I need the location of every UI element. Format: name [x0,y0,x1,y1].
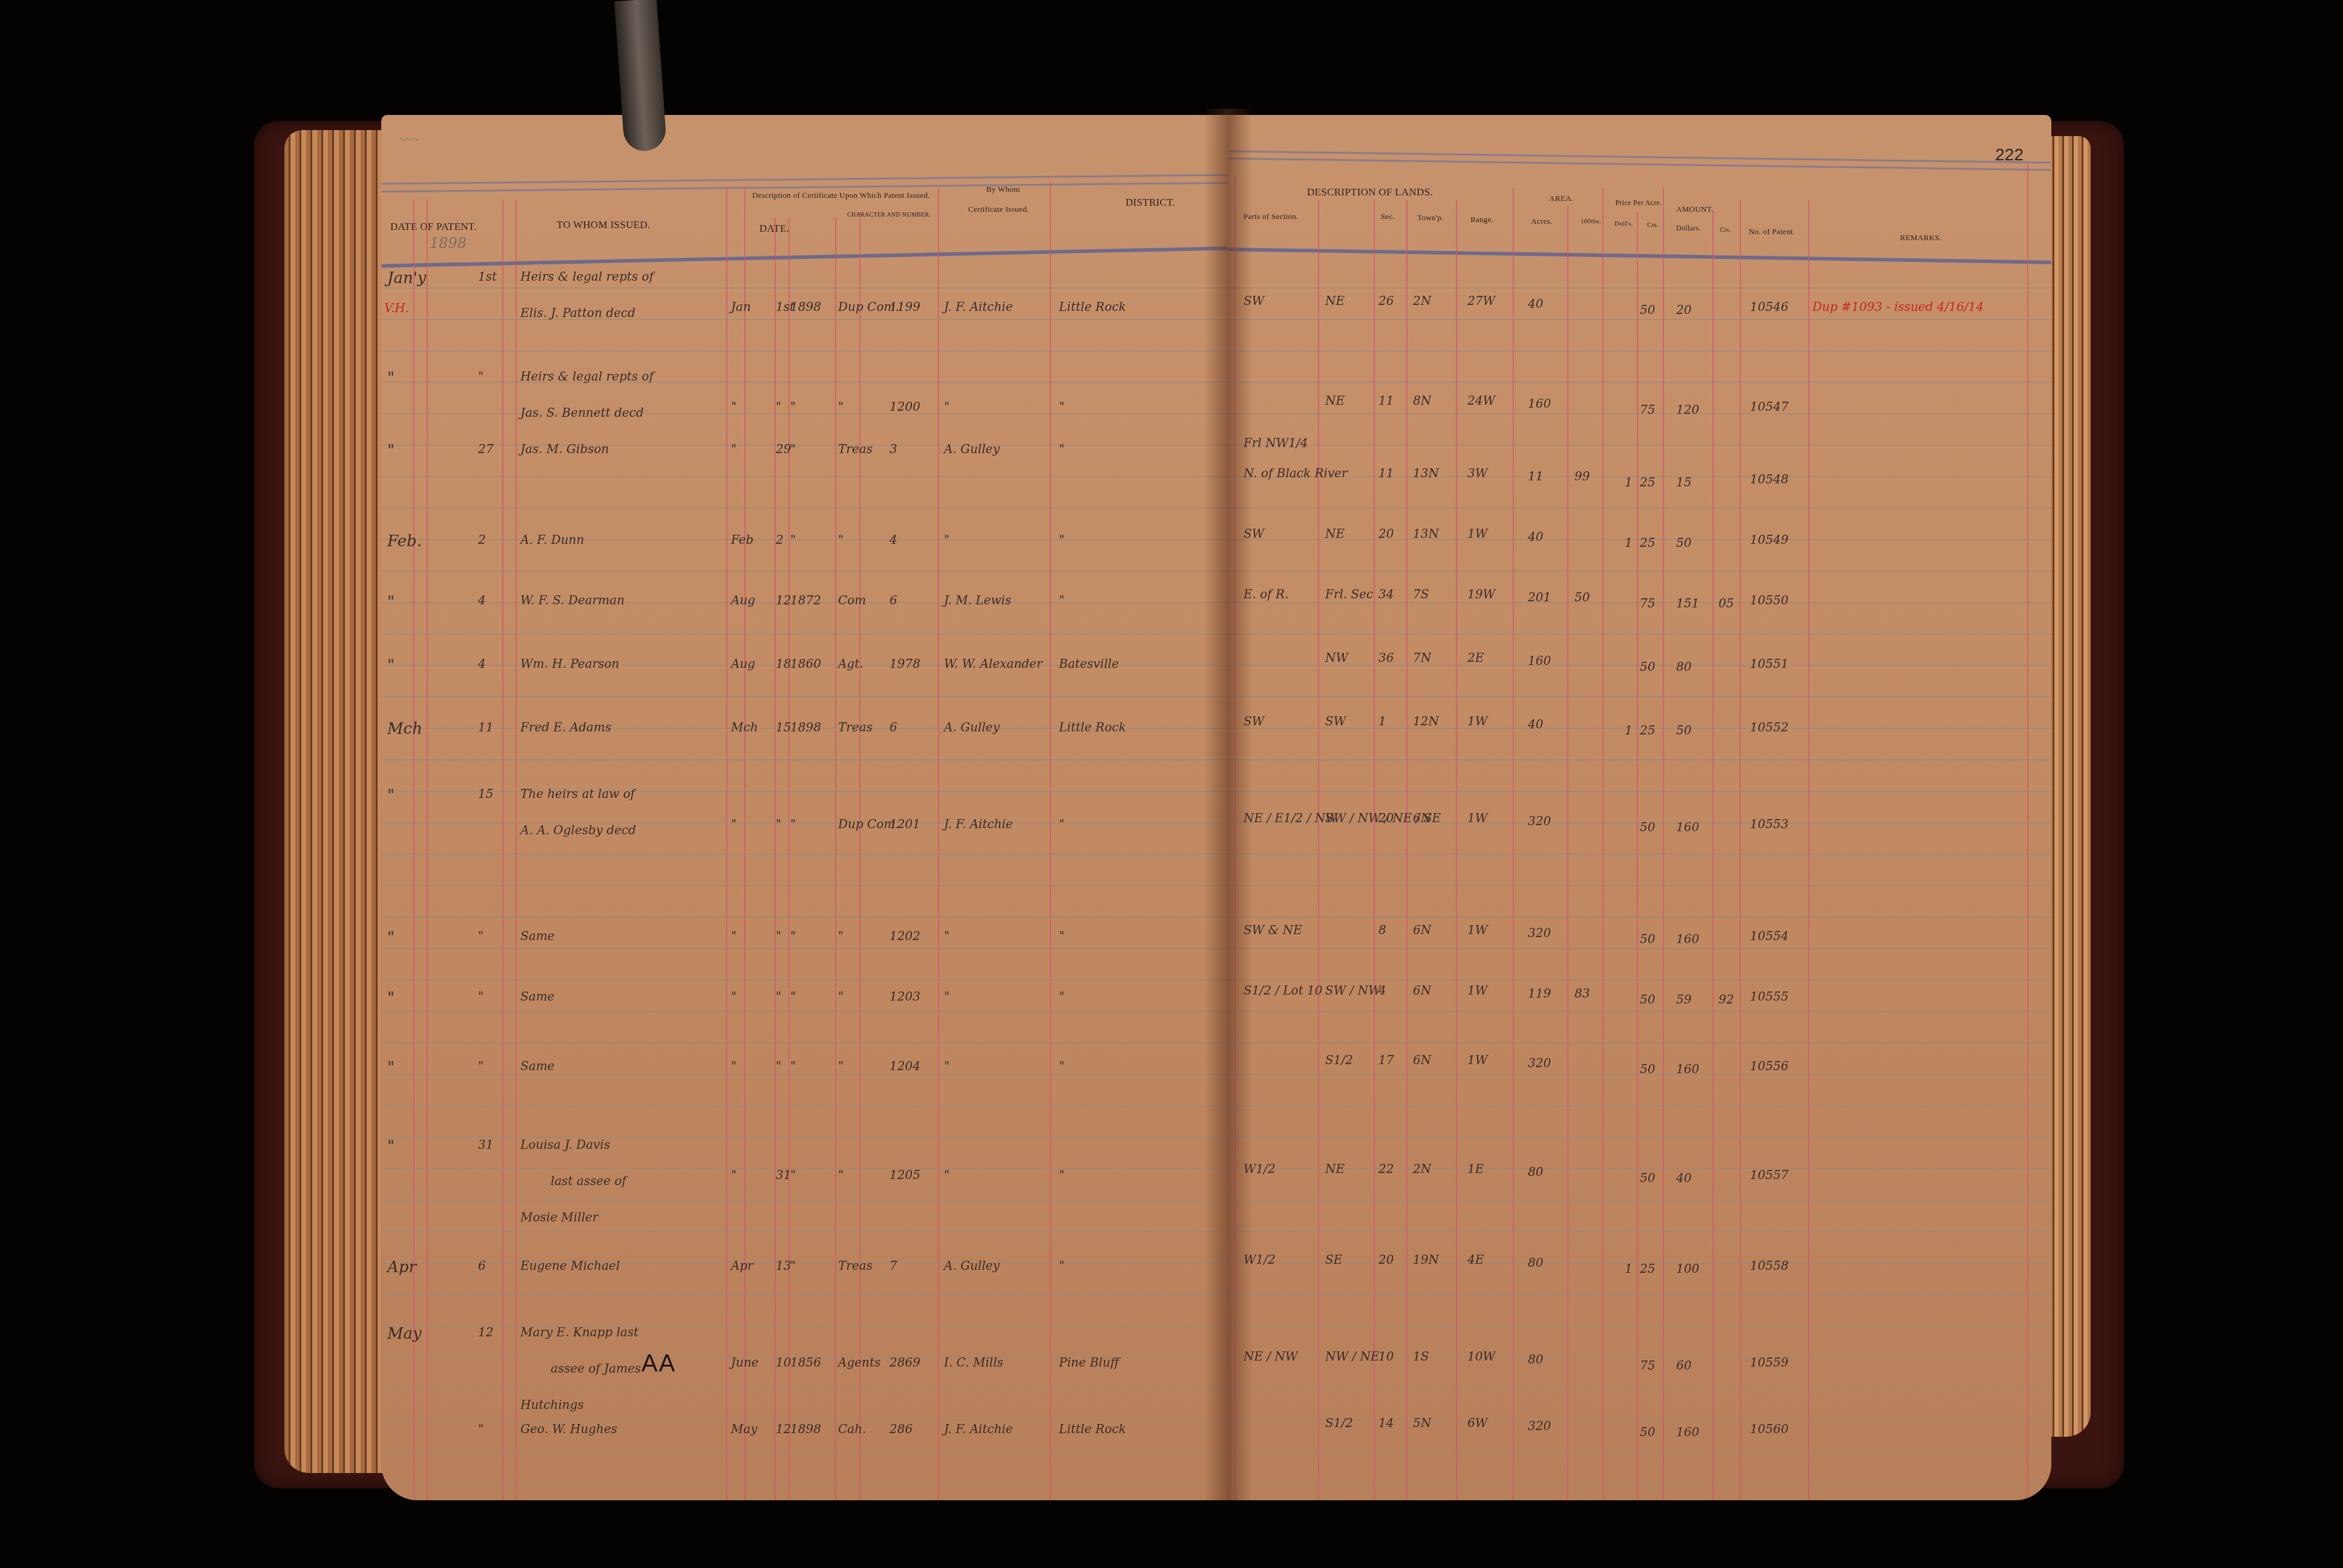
header-district: DISTRICT. [1126,197,1175,209]
issued-to-line: last assee of [551,1174,626,1188]
part-of-section-2: NW / NE [1325,1349,1380,1364]
cert-number: 1202 [890,929,920,943]
ruled-line [1228,1231,2051,1232]
cert-day: 31 [776,1168,791,1182]
ruled-line [381,1137,1228,1138]
right-page: 222 DESCRIPTION OF LANDS. Parts of Secti… [1228,115,2051,1500]
section: 26 [1378,293,1394,308]
price-cents: 50 [1640,302,1655,317]
issued-by: A. Gulley [944,442,1000,456]
header-dollars: Dollars. [1676,224,1701,233]
patent-day: 2 [478,532,486,547]
col-line [1602,188,1604,1500]
header-100ths: 100ths. [1581,218,1601,225]
cert-month: " [731,817,736,831]
acres-hundredths: 83 [1575,986,1590,1001]
ruled-line [381,1200,1228,1201]
ruled-line [1228,979,2051,981]
part-of-section-2: SW / NW [1325,983,1381,998]
ruled-line [1228,445,2051,446]
header-township: Town'p. [1417,213,1444,223]
amount-dollars: 20 [1676,302,1691,317]
cert-month: " [731,442,736,456]
patent-day: " [478,929,483,943]
range: 24W [1467,393,1495,408]
issued-by: " [944,989,949,1004]
ruled-line [1228,759,2051,760]
part-of-section-1: NE / E1/2 / NW [1244,811,1338,825]
amount-dollars: 59 [1676,992,1691,1007]
township: 12N [1413,714,1439,728]
col-line [835,218,836,1500]
cert-character: Agents [838,1355,880,1370]
cert-number: 4 [890,532,897,547]
range: 1E [1467,1161,1484,1176]
ruled-line [1228,948,2051,949]
cert-month: " [731,929,736,943]
ruled-line [381,1011,1228,1012]
cert-year: " [790,929,796,943]
ruled-line [381,1074,1228,1075]
ruled-line [381,822,1228,823]
ruled-line [381,791,1228,792]
patent-number: 10558 [1750,1258,1789,1273]
district: " [1059,1059,1064,1073]
patent-month: " [387,989,395,1007]
patent-month: " [387,442,395,460]
col-line [1567,206,1568,1500]
cert-year: 1898 [790,720,821,734]
patent-month: Apr [387,1258,416,1276]
header-acres: Acres. [1531,217,1552,226]
cert-number: 1199 [890,299,920,314]
cert-day: 10 [776,1355,791,1370]
acres: 320 [1528,1419,1551,1433]
cert-character: " [838,929,844,943]
patent-day: 31 [478,1137,493,1152]
issued-to-line: Same [520,929,554,943]
amount-dollars: 160 [1676,1425,1699,1439]
district: Pine Bluff [1059,1355,1119,1370]
header-bottom-rule [1228,247,2051,264]
price-cents: 50 [1640,1062,1655,1076]
patent-day: 1st [478,269,497,284]
issued-to-line: Heirs & legal repts of [520,269,654,284]
price-dollars: 1 [1625,475,1633,489]
section: 34 [1378,587,1394,601]
cert-character: Com [838,593,866,607]
ruled-line [381,1231,1228,1232]
cert-character: " [838,399,844,414]
header-to-whom-issued: TO WHOM ISSUED. [557,219,650,231]
section: 4 [1378,983,1386,998]
cert-day: 12 [776,593,791,607]
cert-month: Aug [731,593,755,607]
cert-month: " [731,399,736,414]
amount-dollars: 50 [1676,723,1691,737]
district: Little Rock [1059,720,1126,734]
ruled-line [1228,1137,2051,1138]
price-cents: 50 [1640,659,1655,674]
cert-day: " [776,1059,781,1073]
ruled-line [381,382,1228,383]
part-of-section-2: NW [1325,650,1348,665]
acres: 11 [1528,469,1543,483]
section: 22 [1378,1161,1394,1176]
district: " [1059,929,1064,943]
cert-month: Feb [731,532,753,547]
cert-day: 13 [776,1258,791,1273]
issued-to-line: Same [520,1059,554,1073]
district: Little Rock [1059,1422,1126,1436]
patent-number: 10548 [1750,472,1789,486]
price-cents: 50 [1640,1171,1655,1185]
ruled-line [381,1325,1228,1327]
ruled-line [381,1483,1228,1484]
ruled-line [381,1420,1228,1421]
patent-day: 11 [478,720,493,734]
issued-to-line: Wm. H. Pearson [520,656,619,671]
cert-year: " [790,1258,796,1273]
ruled-line [381,979,1228,981]
issued-to-line: Jas. S. Bennett decd [520,405,644,420]
range: 1W [1467,811,1487,825]
patent-month: " [387,369,395,387]
ruled-line [381,1168,1228,1169]
header-remarks: REMARKS. [1900,233,1942,243]
range: 1W [1467,1053,1487,1067]
district: " [1059,442,1064,456]
range: 1W [1467,923,1487,937]
col-line [1050,181,1051,1500]
amount-dollars: 100 [1676,1261,1699,1276]
issued-by: J. M. Lewis [944,593,1011,607]
cert-character: Agt. [838,656,863,671]
patent-number: 10547 [1750,399,1789,414]
issued-to-line: Geo. W. Hughes [520,1422,617,1436]
issued-to-line: Mary E. Knapp last [520,1325,638,1339]
part-of-section-2: NE [1325,526,1345,541]
patent-day: " [478,989,483,1004]
ruled-line [1228,319,2051,320]
issued-by: A. Gulley [944,1258,1000,1273]
cert-year: " [790,989,796,1004]
col-line [744,188,745,1500]
header-top-rule [1228,151,2051,164]
amount-cents: 05 [1719,596,1734,610]
header-bottom-rule [381,246,1228,267]
patent-month: Feb. [387,532,422,550]
header-no-of-patent: No. of Patent. [1749,227,1795,237]
cert-month: Aug [731,656,755,671]
ruled-line [1228,1200,2051,1201]
cert-year: " [790,817,796,831]
price-cents: 25 [1640,535,1655,550]
cert-number: 1203 [890,989,920,1004]
col-line [1712,212,1714,1500]
district: " [1059,1168,1064,1182]
col-line [516,200,517,1500]
cert-year: 1898 [790,299,821,314]
header-certificate-issued: Certificate Issued. [968,204,1029,214]
col-line [1637,212,1638,1500]
part-of-section-extra: N. of Black River [1244,466,1348,480]
ruled-line [381,350,1228,351]
ruled-line [1228,1451,2051,1452]
ruled-line [381,633,1228,635]
section: 10 [1378,1349,1394,1364]
cert-character: Treas [838,442,873,456]
district: " [1059,532,1064,547]
amount-dollars: 120 [1676,402,1699,417]
issued-to-line: Eugene Michael [520,1258,620,1273]
col-line [1318,200,1319,1500]
cert-month: " [731,1168,736,1182]
col-line [1513,188,1514,1500]
patent-number: 10557 [1750,1168,1789,1182]
township: 13N [1413,466,1439,480]
township: 5N [1413,1416,1431,1430]
section: 11 [1378,466,1394,480]
range: 1W [1467,714,1487,728]
ruled-line [1228,1105,2051,1106]
cert-year: 1872 [790,593,821,607]
patent-day: " [478,1422,483,1436]
ruled-line [1228,1483,2051,1484]
price-cents: 75 [1640,596,1655,610]
part-of-section-2: SW [1325,714,1346,728]
ruled-line [1228,1168,2051,1169]
range: 3W [1467,466,1487,480]
ruled-line [381,916,1228,918]
price-cents: 25 [1640,475,1655,489]
col-line [2027,163,2028,1500]
township: 13N [1413,526,1439,541]
cert-year: " [790,1168,796,1182]
part-of-section-2: NE [1325,293,1345,308]
ruled-line [381,445,1228,446]
cert-month: June [731,1355,759,1370]
ruled-line [381,319,1228,320]
price-cents: 50 [1640,992,1655,1007]
col-line [938,188,939,1500]
issued-to-line: Elis. J. Patton decd [520,305,635,320]
amount-dollars: 151 [1676,596,1699,610]
cert-character: " [838,989,844,1004]
cert-year: " [790,532,796,547]
range: 4E [1467,1252,1484,1267]
township: 2N [1413,293,1431,308]
price-dollars: 1 [1625,1261,1633,1276]
price-cents: 50 [1640,820,1655,834]
range: 27W [1467,293,1495,308]
section: 20 [1378,1252,1394,1267]
patent-day: " [478,1059,483,1073]
issued-to-line: Heirs & legal repts of [520,369,654,384]
amount-dollars: 160 [1676,932,1699,946]
patent-month: May [387,1325,422,1343]
cert-year: " [790,442,796,456]
col-line [1740,200,1741,1500]
price-cents: 50 [1640,932,1655,946]
patent-month: " [387,593,395,611]
amount-dollars: 50 [1676,535,1691,550]
section: 1 [1378,714,1386,728]
cert-character: Treas [838,720,873,734]
section: 20 [1378,811,1394,825]
acres: 80 [1528,1352,1543,1367]
cert-month: May [731,1422,758,1436]
township: 6N [1413,811,1431,825]
issued-to-line: Fred E. Adams [520,720,611,734]
ruled-line [381,287,1228,289]
col-line [1456,200,1457,1500]
price-cents: 25 [1640,1261,1655,1276]
ruled-line [1228,1388,2051,1390]
patent-day: 27 [478,442,493,456]
header-date-of-patent: DATE OF PATENT. [390,221,477,233]
part-of-section-2: S1/2 [1325,1416,1353,1430]
acres: 40 [1528,296,1543,311]
patent-month: " [387,929,395,947]
amount-dollars: 15 [1676,475,1691,489]
patent-month: " [387,1137,395,1155]
header-area: AREA. [1549,194,1573,203]
col-line [502,200,503,1500]
issued-by: " [944,1059,949,1073]
col-line [413,200,415,1500]
issued-by: J. F. Aitchie [944,817,1013,831]
ruled-line [1228,570,2051,572]
header-amount: AMOUNT. [1676,204,1713,214]
ruled-line [381,854,1228,855]
cert-number: 1201 [890,817,920,831]
ruled-line [381,1451,1228,1452]
amount-dollars: 160 [1676,1062,1699,1076]
ruled-line [1228,350,2051,351]
margin-note: V.H. [384,301,409,315]
cert-month: " [731,989,736,1004]
issued-to-line: Mosie Miller [520,1210,598,1224]
issued-by: " [944,1168,949,1182]
patent-number: 10556 [1750,1059,1789,1073]
cert-day: " [776,817,781,831]
amount-dollars: 40 [1676,1171,1691,1185]
township: 8N [1413,393,1431,408]
patent-number: 10553 [1750,817,1789,831]
cert-number: 7 [890,1258,897,1273]
col-line [1808,200,1809,1500]
issued-to-line: assee of James [551,1361,641,1376]
cert-character: Cah. [838,1422,866,1436]
cert-month: Apr [731,1258,753,1273]
patent-month: Jan'y [387,269,427,287]
acres-hundredths: 50 [1575,590,1590,604]
ruled-line [1228,696,2051,697]
district: " [1059,989,1064,1004]
ruled-line [381,570,1228,572]
ruled-line [381,948,1228,949]
issued-by: I. C. Mills [944,1355,1003,1370]
district: Little Rock [1059,299,1126,314]
issued-by: J. F. Aitchie [944,299,1013,314]
patent-month: " [387,786,395,805]
cert-number: 6 [890,593,897,607]
cert-day: " [776,399,781,414]
ruled-line [381,508,1228,509]
patent-day: 4 [478,593,486,607]
patent-day: " [478,369,483,384]
range: 6W [1467,1416,1487,1430]
issued-to-line: The heirs at law of [520,786,635,801]
cert-character: Treas [838,1258,873,1273]
range: 2E [1467,650,1484,665]
patent-number: 10549 [1750,532,1789,547]
col-line [1374,200,1375,1500]
ruled-line [381,539,1228,540]
ruled-line [381,1294,1228,1295]
issued-to-line: A. F. Dunn [520,532,584,547]
section: 8 [1378,923,1386,937]
left-page: ~~~ DATE OF PATENT. 1898 TO WHOM ISSUED.… [381,115,1228,1500]
price-cents: 50 [1640,1425,1655,1439]
part-of-section-1: S1/2 / Lot 10 [1244,983,1323,998]
ruled-line [381,759,1228,760]
ruled-line [1228,633,2051,635]
range: 1W [1467,983,1487,998]
header-dolls: Doll's. [1614,220,1633,227]
header-certificate-group: Description of Certificate Upon Which Pa… [732,191,950,200]
cert-number: 6 [890,720,897,734]
book-gutter [1204,109,1253,1500]
issued-to-line: A. A. Oglesby decd [520,823,636,837]
township: 7N [1413,650,1431,665]
cert-month: Mch [731,720,758,734]
township: 1S [1413,1349,1429,1364]
cert-number: 1978 [890,656,920,671]
cert-year: 1856 [790,1355,821,1370]
part-of-section-1: Frl NW1/4 [1244,436,1308,450]
col-line [788,218,790,1500]
patent-number: 10560 [1750,1422,1789,1436]
ruled-line [1228,508,2051,509]
acres: 320 [1528,1056,1551,1070]
price-dollars: 1 [1625,535,1633,550]
cert-month: Jan [731,299,751,314]
patent-month: " [387,656,395,675]
acres: 80 [1528,1255,1543,1270]
issued-to-line: Hutchings [520,1397,584,1412]
acres: 40 [1528,717,1543,731]
patent-number: 10550 [1750,593,1789,607]
aa-stamp: AA [641,1350,676,1377]
header-price-per-acre: Price Per Acre. [1614,198,1663,207]
ruled-line [1228,1294,2051,1295]
cert-day: " [776,929,781,943]
ruled-line [1228,1042,2051,1044]
part-of-section-2: SE [1325,1252,1342,1267]
cert-day: 2 [776,532,784,547]
section: 11 [1378,393,1394,408]
col-line [859,212,860,1500]
patent-number: 10546 [1750,299,1789,314]
district: " [1059,817,1064,831]
cert-year: 1898 [790,1422,821,1436]
acres: 320 [1528,814,1551,828]
patent-number: 10554 [1750,929,1789,943]
left-page-number: ~~~ [399,133,419,147]
ruled-line [381,476,1228,477]
